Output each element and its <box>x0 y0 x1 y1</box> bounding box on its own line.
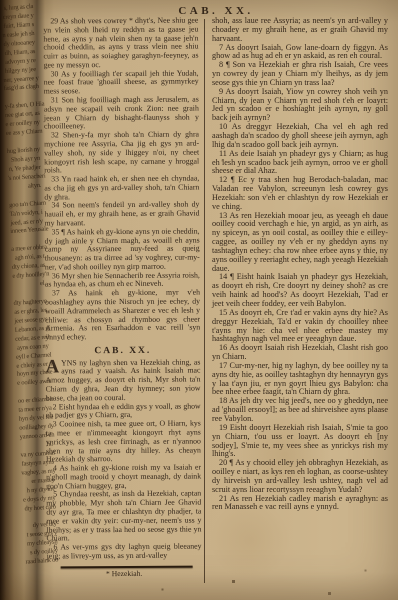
paper-specks <box>0 0 1 1</box>
verse-paragraph: 15 As dooyrt eh, Cre t'ad er vakin ayns … <box>212 309 388 344</box>
verses-2kings-20-left: 2 Eisht hyndaa eh e eddin gys y voall, a… <box>46 402 202 561</box>
verse-paragraph: 14 ¶ Eisht haink Isaiah yn phadeyr gys H… <box>212 273 388 308</box>
right-text-column: shoh, ass laue ree Assyria; as neem's yn… <box>212 17 388 512</box>
verse-paragraph: 21 As ren Hezekiah cadley marish e ayrag… <box>212 495 388 513</box>
footnote-rule <box>61 565 193 568</box>
verse-paragraph: 8 ¶ Son va Hezekiah er ghra rish Isaiah,… <box>212 61 388 88</box>
verses-2kings-20-right: 7 As dooyrt Isaiah, Gow lane-doarn dy fi… <box>212 44 388 513</box>
verse-paragraph: 30 As y fooilliagh t'er scapail jeh thie… <box>44 69 199 96</box>
verse-paragraph: 31 Son hig fooilliagh magh ass Jerusalem… <box>44 96 199 132</box>
verse-paragraph: 33 Yn raad haink eh, er shen nee eh chyn… <box>44 175 199 202</box>
verse-paragraph: 37 As haink eh gy-kione, myr v'eh ooashl… <box>45 289 200 343</box>
verse-paragraph: 19 Eisht dooyrt Hezekiah rish Isaiah, S'… <box>212 424 388 459</box>
chapter-heading: CAB. XX. <box>45 346 200 356</box>
verse-paragraph: 6 As ver-yms gys dty laghyn queig bleean… <box>47 543 202 562</box>
verse-paragraph: 9 As dooyrt Isaiah, Yiow yn cowrey shoh … <box>212 88 388 123</box>
verse-paragraph: 7 As dooyrt Isaiah, Gow lane-doarn dy fi… <box>212 44 388 62</box>
verse-paragraph: 17 Cur-my-ner, hig ny laghyn, dy bee ooi… <box>212 362 388 397</box>
verse-paragraph: 5 Chyndaa reesht, as insh da Hezekiah, c… <box>46 490 201 544</box>
verse-paragraph: 4 As haink eh gy-kione roish my va Isaia… <box>46 464 201 491</box>
drop-cap-letter: A <box>45 359 61 375</box>
verse-paragraph: 35 ¶ As haink eh gy-kione ayns yn oie ch… <box>45 227 200 272</box>
verse-paragraph: 34 Son neem's fendeil yn ard-valley shoh… <box>44 201 199 228</box>
left-text-column: 29 As shoh vees cowrey * dhyt's, Nee shi… <box>43 17 201 579</box>
verse-paragraph: 16 As dooyrt Isaiah rish Hezekiah, Clash… <box>212 344 388 362</box>
verse-paragraph: 32 Shen-y-fa myr shoh ta'n Chiarn dy ghr… <box>44 131 199 176</box>
verse-paragraph-dropcap: AYNS ny laghyn shen va Hezekiah ching, a… <box>45 358 200 403</box>
scanned-bible-page: s, lurg as clacreyn daue yfuirt, Hiarn s… <box>0 0 398 600</box>
verses-2kings-19: 29 As shoh vees cowrey * dhyt's, Nee shi… <box>43 17 200 343</box>
verse-continuation-paragraph: shoh, ass laue ree Assyria; as neem's yn… <box>212 17 388 44</box>
column-divider-rule <box>204 19 205 583</box>
verse-paragraph: 10 As dreggyr Hezekiah, Cha vel eh agh r… <box>212 123 388 150</box>
verse-paragraph: 12 ¶ Ec y traa shen hug Berodach-baladan… <box>212 176 388 211</box>
first-verse-text: YNS ny laghyn shen va Hezekiah ching, as… <box>45 357 200 402</box>
footnote-text: * Hezekiah. <box>47 569 202 579</box>
verse-paragraph: 13 As ren Hezekiah mooar jeu, as yeeagh … <box>212 212 388 274</box>
verse-paragraph: 11 As deie Isaiah yn phadeyr gys y Chiar… <box>212 150 388 177</box>
verse-paragraph: 18 As jeh dty vec hig jeed's, nee oo y g… <box>212 397 388 424</box>
verse-paragraph: 20 ¶ As y chooid elley jeh obbraghyn Hez… <box>212 459 388 494</box>
verse-paragraph: 3 Cooinee nish, ta mee guee ort, O Hiarn… <box>46 420 201 465</box>
verse-paragraph: 29 As shoh vees cowrey * dhyt's, Nee shi… <box>43 17 198 71</box>
